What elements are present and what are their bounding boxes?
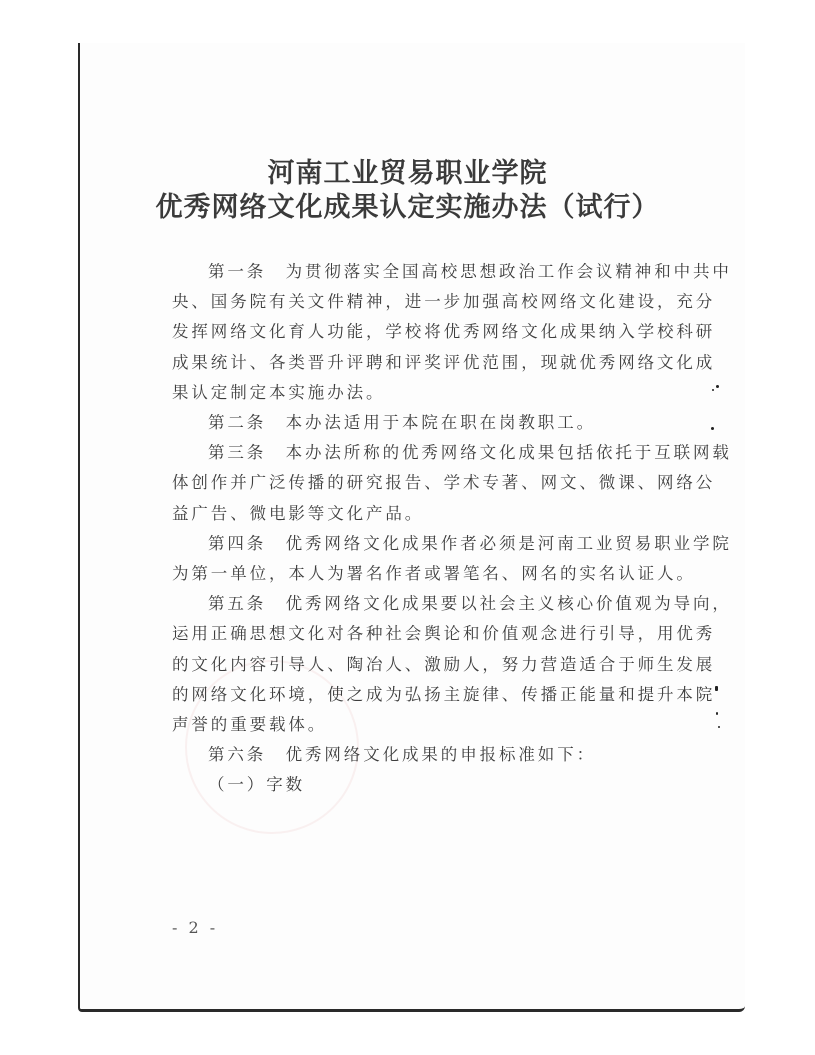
article-6: 第六条 优秀网络文化成果的申报标准如下： [172, 740, 732, 770]
article-5: 第五条 优秀网络文化成果要以社会主义核心价值观为导向，运用正确思想文化对各种社会… [172, 589, 732, 740]
document-title: 河南工业贸易职业学院 优秀网络文化成果认定实施办法（试行） [0, 157, 815, 225]
scan-speck [715, 686, 718, 691]
article-4: 第四条 优秀网络文化成果作者必须是河南工业贸易职业学院为第一单位，本人为署名作者… [172, 529, 732, 589]
article-3: 第三条 本办法所称的优秀网络文化成果包括依托于互联网载体创作并广泛传播的研究报告… [172, 438, 732, 529]
document-body: 第一条 为贯彻落实全国高校思想政治工作会议精神和中共中央、国务院有关文件精神，进… [172, 257, 732, 801]
title-institution: 河南工业贸易职业学院 [0, 157, 815, 191]
scan-speck [718, 726, 720, 728]
article-1: 第一条 为贯彻落实全国高校思想政治工作会议精神和中共中央、国务院有关文件精神，进… [172, 257, 732, 408]
scan-speck [716, 385, 719, 388]
scan-speck [712, 389, 714, 391]
title-regulation: 优秀网络文化成果认定实施办法（试行） [0, 191, 815, 225]
section-word-count: （一）字数 [172, 770, 732, 800]
article-2: 第二条 本办法适用于本院在职在岗教职工。 [172, 408, 732, 438]
scan-speck [716, 712, 718, 715]
page-number: - 2 - [172, 918, 218, 937]
scan-speck [711, 427, 714, 430]
